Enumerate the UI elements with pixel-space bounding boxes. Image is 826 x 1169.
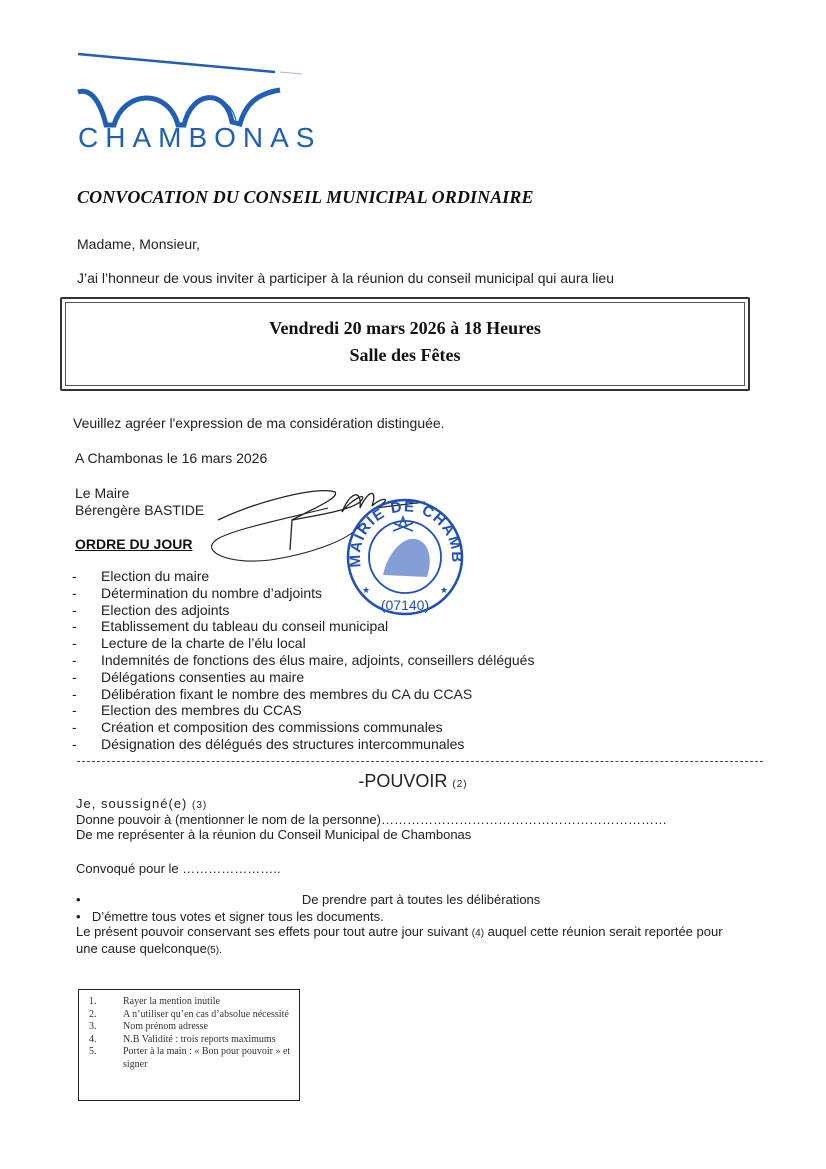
footnote-text: A n’utiliser qu’en cas d’absolue nécessi… [123, 1009, 289, 1022]
validity-text-a: Le présent pouvoir conservant ses effets… [76, 924, 468, 939]
undersigned-label: Je, soussigné(e) [76, 796, 187, 811]
agenda-item: -Etablissement du tableau du conseil mun… [72, 618, 534, 635]
pouvoir-title: -POUVOIR (2) [0, 771, 826, 792]
validity-c-note: (5). [207, 945, 222, 956]
agenda-item: -Election du maire [72, 568, 534, 585]
pouvoir-title-text: -POUVOIR [358, 771, 447, 791]
footnote-item: 4.N.B Validité : trois reports maximums [87, 1034, 299, 1047]
meeting-info-box: Vendredi 20 mars 2026 à 18 Heures Salle … [60, 297, 750, 391]
footnote-number: 5. [87, 1046, 123, 1071]
footnote-item: 2.A n’utiliser qu’en cas d’absolue néces… [87, 1009, 299, 1022]
convoque-date-field[interactable]: Convoqué pour le ………………….. [76, 861, 280, 876]
dash-bullet-icon: - [72, 669, 101, 686]
validity-line-2: une cause quelconque(5). [76, 941, 222, 956]
agenda-item: -Délibération fixant le nombre des membr… [72, 686, 534, 703]
dash-bullet-icon: - [72, 618, 101, 635]
bullet-option-2-text: D’émettre tous votes et signer tous les … [92, 909, 384, 924]
agenda-item-text: Election des membres du CCAS [101, 702, 302, 718]
validity-text-c: une cause quelconque [76, 941, 207, 956]
logo-wordmark: CHAMBONAS [78, 122, 321, 154]
agenda-item: -Délégations consenties au maire [72, 669, 534, 686]
agenda-item: -Lecture de la charte de l’élu local [72, 635, 534, 652]
proxy-name-field[interactable]: Donne pouvoir à (mentionner le nom de la… [76, 812, 667, 827]
dash-bullet-icon: - [72, 719, 101, 736]
footnote-number: 2. [87, 1009, 123, 1022]
footnote-item: 5.Porter à la main : « Bon pour pouvoir … [87, 1046, 299, 1071]
agenda-item: -Indemnités de fonctions des élus maire,… [72, 652, 534, 669]
dash-bullet-icon: - [72, 686, 101, 703]
dash-bullet-icon: - [72, 652, 101, 669]
footnote-number: 4. [87, 1034, 123, 1047]
agenda-item-text: Désignation des délégués des structures … [101, 736, 464, 752]
agenda-item-text: Indemnités de fonctions des élus maire, … [101, 652, 534, 668]
footnote-number: 1. [87, 996, 123, 1009]
agenda-item: -Désignation des délégués des structures… [72, 736, 534, 753]
footnote-item: 1.Rayer la mention inutile [87, 996, 299, 1009]
signatory-name: Bérengère BASTIDE [75, 502, 204, 518]
agenda-item: -Election des adjoints [72, 602, 534, 619]
section-divider [77, 761, 763, 762]
agenda-item-text: Délégations consenties au maire [101, 669, 304, 685]
validity-text-b: auquel cette réunion serait reportée pou… [488, 924, 723, 939]
undersigned-line: Je, soussigné(e) (3) [76, 796, 207, 811]
footnotes-box: 1.Rayer la mention inutile2.A n’utiliser… [78, 989, 300, 1101]
bullet-option-1-text: De prendre part à toutes les délibératio… [302, 892, 540, 907]
agenda-item-text: Lecture de la charte de l’élu local [101, 635, 306, 651]
validity-line-1: Le présent pouvoir conservant ses effets… [76, 924, 723, 939]
agenda-item-text: Détermination du nombre d’adjoints [101, 585, 322, 601]
signatory-role: Le Maire [75, 485, 129, 501]
dash-bullet-icon: - [72, 635, 101, 652]
represent-line: De me représenter à la réunion du Consei… [76, 827, 471, 842]
validity-note: (4) [472, 928, 484, 939]
bullet-option-2[interactable]: • D’émettre tous votes et signer tous le… [76, 909, 384, 924]
agenda-item: -Détermination du nombre d’adjoints [72, 585, 534, 602]
agenda-item: -Création et composition des commissions… [72, 719, 534, 736]
agenda-heading: ORDRE DU JOUR [75, 536, 192, 552]
footnote-text: N.B Validité : trois reports maximums [123, 1034, 276, 1047]
dash-bullet-icon: - [72, 602, 101, 619]
agenda-item-text: Etablissement du tableau du conseil muni… [101, 618, 388, 634]
salutation: Madame, Monsieur, [77, 236, 200, 252]
place-date: A Chambonas le 16 mars 2026 [75, 450, 267, 466]
document-title: CONVOCATION DU CONSEIL MUNICIPAL ORDINAI… [77, 187, 534, 208]
agenda-item-text: Délibération fixant le nombre des membre… [101, 686, 472, 702]
agenda-list: -Election du maire-Détermination du nomb… [72, 568, 534, 753]
bullet-icon: • [76, 909, 81, 924]
dash-bullet-icon: - [72, 568, 101, 585]
agenda-item-text: Création et composition des commissions … [101, 719, 443, 735]
bullet-icon: • [76, 892, 81, 907]
intro-text: J’ai l’honneur de vous inviter à partici… [77, 270, 614, 286]
undersigned-note: (3) [192, 800, 207, 811]
agenda-item-text: Election du maire [101, 568, 209, 584]
footnote-text: Porter à la main : « Bon pour pouvoir » … [123, 1046, 299, 1071]
footnote-text: Nom prénom adresse [123, 1021, 208, 1034]
dash-bullet-icon: - [72, 736, 101, 753]
dash-bullet-icon: - [72, 585, 101, 602]
dash-bullet-icon: - [72, 702, 101, 719]
meeting-date: Vendredi 20 mars 2026 à 18 Heures [66, 318, 744, 339]
agenda-item: -Election des membres du CCAS [72, 702, 534, 719]
closing-text: Veuillez agréer l'expression de ma consi… [73, 415, 445, 431]
meeting-place: Salle des Fêtes [66, 345, 744, 366]
agenda-item-text: Election des adjoints [101, 602, 229, 618]
footnote-text: Rayer la mention inutile [123, 996, 220, 1009]
bullet-option-1[interactable]: • De prendre part à toutes les délibérat… [76, 892, 540, 907]
pouvoir-title-note: (2) [452, 779, 467, 790]
footnote-item: 3.Nom prénom adresse [87, 1021, 299, 1034]
footnote-number: 3. [87, 1021, 123, 1034]
